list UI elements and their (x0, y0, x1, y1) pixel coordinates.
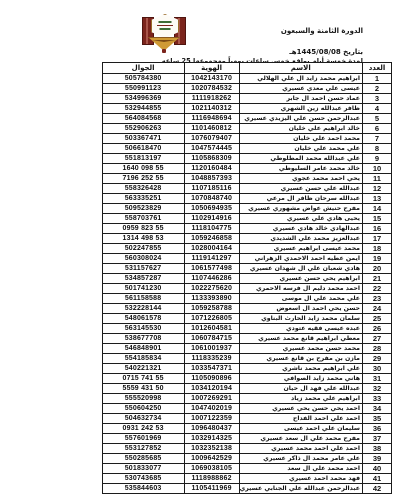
row-name: ايمن عطيه احمد الاحمدي الزهراني (239, 254, 362, 264)
row-id: 1107185116 (184, 184, 239, 194)
table-row: 5 عبدالرحمن حسن علي اليزيدي عسيري 111694… (102, 114, 391, 124)
row-id: 1047574445 (184, 144, 239, 154)
row-count: 31 (363, 374, 392, 384)
row-count: 29 (363, 354, 392, 364)
table-row: 40 احمد محمد علي ال سعد 1069038105 50183… (102, 464, 391, 474)
col-header-mobile: الجوال (102, 63, 184, 74)
row-id: 1069038105 (184, 464, 239, 474)
row-count: 3 (363, 94, 392, 104)
row-mobile: 535844603 (102, 484, 184, 494)
table-row: 26 عبده عيسى فقيه عتودي 1012604581 56314… (102, 324, 391, 334)
row-mobile: 561158588 (102, 294, 184, 304)
table-row: 23 علي محمد علي ال موسى 1133393890 56115… (102, 294, 391, 304)
row-name: يحيى هادي علي عسيري (239, 214, 362, 224)
row-id: 1105090896 (184, 374, 239, 384)
table-row: 37 مفرح محمد علي ال سعد عسيري 1032914325… (102, 434, 391, 444)
row-id: 1105411969 (184, 484, 239, 494)
row-count: 9 (363, 154, 392, 164)
row-name: حسن يحي احمد ال اسعوض (239, 304, 362, 314)
row-mobile: 564084568 (102, 114, 184, 124)
table-row: 24 حسن يحي احمد ال اسعوض 1059258788 5322… (102, 304, 391, 314)
row-name: علي ابراهيم محمد ناشري (239, 364, 362, 374)
row-count: 37 (363, 434, 392, 444)
row-count: 18 (363, 244, 392, 254)
row-name: علي عبدالله محمد المطلوطي (239, 154, 362, 164)
row-id: 1105868309 (184, 154, 239, 164)
table-row: 25 سلمان محمد زايد الحارث البناوي 107122… (102, 314, 391, 324)
row-count: 41 (363, 474, 392, 484)
row-mobile: 563335251 (102, 194, 184, 204)
row-count: 33 (363, 394, 392, 404)
row-id: 1007269291 (184, 394, 239, 404)
course-title: الدورة الثامنة والسبعون (281, 27, 363, 35)
table-row: 8 علي محمد علي خليان 1047574445 50661847… (102, 144, 391, 154)
row-name: عبدالهادي خالد هادي عسيري (239, 224, 362, 234)
row-count: 32 (363, 384, 392, 394)
row-mobile: 509523829 (102, 204, 184, 214)
row-count: 14 (363, 204, 392, 214)
row-mobile: 506618470 (102, 144, 184, 154)
table-row: 34 احمد يحي حسن يحي عسيري 1047402019 550… (102, 404, 391, 414)
row-count: 24 (363, 304, 392, 314)
table-row: 33 ابراهيم علي محمد زياد 1007269291 5555… (102, 394, 391, 404)
row-mobile: 548061578 (102, 314, 184, 324)
row-name: محمد احمد علي خليان (239, 134, 362, 144)
row-count: 13 (363, 194, 392, 204)
row-name: عيسى علي معدي عسيري (239, 84, 362, 94)
row-id: 1047402019 (184, 404, 239, 414)
row-id: 1028004164 (184, 244, 239, 254)
table-row: 18 محمد عيسى ابراهيم عسيري 1028004164 50… (102, 244, 391, 254)
row-mobile: 55 252 7196 (102, 174, 184, 184)
row-count: 28 (363, 344, 392, 354)
row-name: معطي ابراهيم قانع محمد عسيري (239, 334, 362, 344)
row-mobile: 55 741 0715 (102, 374, 184, 384)
row-count: 36 (363, 424, 392, 434)
table-row: 12 عبدالله علي حسن عسيري 1107185116 5583… (102, 184, 391, 194)
row-id: 1101460812 (184, 124, 239, 134)
row-count: 16 (363, 224, 392, 234)
date-line: بتاريخ 1445/08/08هـ (289, 48, 363, 56)
row-name: سلمان محمد زايد الحارث البناوي (239, 314, 362, 324)
row-mobile: 504632734 (102, 414, 184, 424)
table-row: 38 احمد علي احمد محمد عسيري 1032352138 5… (102, 444, 391, 454)
row-id: 1060784715 (184, 334, 239, 344)
row-mobile: 55 823 0959 (102, 224, 184, 234)
table-row: 32 عبدالله علي فهد ال حيان 1034120194 50… (102, 384, 391, 394)
table-row: 14 مفرح حنيش عواض مشهوري عسيري 105069493… (102, 204, 391, 214)
row-mobile: 530743685 (102, 474, 184, 484)
row-count: 34 (363, 404, 392, 414)
row-id: 1032352138 (184, 444, 239, 454)
row-id: 1009642529 (184, 454, 239, 464)
row-name: يحي احمد محمد عجوي (239, 174, 362, 184)
row-name: مفرح حنيش عواض مشهوري عسيري (239, 204, 362, 214)
row-mobile: 501741230 (102, 284, 184, 294)
row-count: 6 (363, 124, 392, 134)
table-row: 22 احمد محمد دليم ال فرسه الاحمري 102227… (102, 284, 391, 294)
table-row: 39 علي عامر محمد ال ذاكر عسيري 100964252… (102, 454, 391, 464)
row-count: 4 (363, 104, 392, 114)
row-mobile: 532944855 (102, 104, 184, 114)
row-mobile: 538677708 (102, 334, 184, 344)
row-name: هاني محمد زايد الصوافي (239, 374, 362, 384)
row-mobile: 534857287 (102, 274, 184, 284)
attendees-table: العدد الاسم الهوية الجوال 1 ابراهيم محمد… (102, 62, 392, 494)
row-name: علي محمد علي ال موسى (239, 294, 362, 304)
row-mobile: 505784380 (102, 74, 184, 84)
row-count: 38 (363, 444, 392, 454)
col-header-name: الاسم (239, 63, 362, 74)
row-name: محمد عيسى ابراهيم عسيري (239, 244, 362, 254)
table-row: 1 ابراهيم محمد زايد ال علي الهلالي 10421… (102, 74, 391, 84)
row-id: 1102914916 (184, 214, 239, 224)
row-name: علي محمد علي خليان (239, 144, 362, 154)
row-mobile: 50 431 5559 (102, 384, 184, 394)
row-mobile: 501833077 (102, 464, 184, 474)
row-id: 1061577498 (184, 264, 239, 274)
table-row: 29 مازن بن مفرح بن قانع عسيري 1118335239… (102, 354, 391, 364)
row-id: 1116948694 (184, 114, 239, 124)
row-count: 39 (363, 454, 392, 464)
row-mobile: 551813197 (102, 154, 184, 164)
row-count: 1 (363, 74, 392, 84)
row-count: 35 (363, 414, 392, 424)
row-id: 1020784532 (184, 84, 239, 94)
table-row: 7 محمد احمد علي خليان 1076079407 5033674… (102, 134, 391, 144)
table-row: 31 هاني محمد زايد الصوافي 1105090896 55 … (102, 374, 391, 384)
row-count: 19 (363, 254, 392, 264)
row-mobile: 534996369 (102, 94, 184, 104)
row-count: 2 (363, 84, 392, 94)
col-header-count: العدد (363, 63, 392, 74)
row-name: عبدالله علي حسن عسيري (239, 184, 362, 194)
row-id: 1096480437 (184, 424, 239, 434)
table-row: 21 ابراهيم يحي حسن عسيري 1107446286 5348… (102, 274, 391, 284)
row-mobile: 53 498 1314 (102, 234, 184, 244)
table-row: 42 عبدالرحمن عبدالله علي الجنابي عسيري 1… (102, 484, 391, 494)
row-id: 1033547371 (184, 364, 239, 374)
row-name: خالد محمد عامر السليوطي (239, 164, 362, 174)
row-mobile: 550285685 (102, 454, 184, 464)
table-row: 35 احمد علي احمد الفداح 1007122359 50463… (102, 414, 391, 424)
row-id: 1119141297 (184, 254, 239, 264)
row-id: 1107446286 (184, 274, 239, 284)
row-id: 1042143170 (184, 74, 239, 84)
row-id: 1012604581 (184, 324, 239, 334)
row-name: احمد علي احمد الفداح (239, 414, 362, 424)
row-mobile: 531157627 (102, 264, 184, 274)
row-id: 1071226805 (184, 314, 239, 324)
row-id: 1120160484 (184, 164, 239, 174)
row-count: 23 (363, 294, 392, 304)
row-id: 1059258788 (184, 304, 239, 314)
row-mobile: 558703761 (102, 214, 184, 224)
table-row: 9 علي عبدالله محمد المطلوطي 1105868309 5… (102, 154, 391, 164)
row-name: عبده عيسى فقيه عتودي (239, 324, 362, 334)
seal-tip (162, 49, 166, 53)
row-id: 1111918262 (184, 94, 239, 104)
row-mobile: 532228144 (102, 304, 184, 314)
row-id: 1032914325 (184, 434, 239, 444)
row-mobile: 554185834 (102, 354, 184, 364)
row-mobile: 55 098 1640 (102, 164, 184, 174)
table-row: 17 عبدالعزيز محمد علي الشديدي 1059246858… (102, 234, 391, 244)
row-name: عبدالله علي فهد ال حيان (239, 384, 362, 394)
row-count: 30 (363, 364, 392, 374)
row-mobile: 550604250 (102, 404, 184, 414)
row-count: 10 (363, 164, 392, 174)
row-id: 1118988862 (184, 474, 239, 484)
row-name: سليمان علي احمد عيسى (239, 424, 362, 434)
row-mobile: 502247855 (102, 244, 184, 254)
row-name: محمد حسن محمد عسيري (239, 344, 362, 354)
row-id: 1007122359 (184, 414, 239, 424)
row-id: 1034120194 (184, 384, 239, 394)
table-row: 4 ظافر عبدالله زين الشهري 1021140312 532… (102, 104, 391, 114)
table-row: 2 عيسى علي معدي عسيري 1020784532 5509911… (102, 84, 391, 94)
row-name: مفرح محمد علي ال سعد عسيري (239, 434, 362, 444)
row-mobile: 560308024 (102, 254, 184, 264)
table-row: 30 علي ابراهيم محمد ناشري 1033547371 540… (102, 364, 391, 374)
row-mobile: 557601969 (102, 434, 184, 444)
row-name: عبدالرحمن عبدالله علي الجنابي عسيري (239, 484, 362, 494)
row-count: 22 (363, 284, 392, 294)
row-id: 1048857393 (184, 174, 239, 184)
row-count: 11 (363, 174, 392, 184)
table-row: 27 معطي ابراهيم قانع محمد عسيري 10607847… (102, 334, 391, 344)
row-count: 26 (363, 324, 392, 334)
row-id: 1076079407 (184, 134, 239, 144)
row-mobile: 555520998 (102, 394, 184, 404)
table-row: 3 عماد حسن احمد ال جابر 1111918262 53499… (102, 94, 391, 104)
row-name: عماد حسن احمد ال جابر (239, 94, 362, 104)
row-name: عبدالعزيز محمد علي الشديدي (239, 234, 362, 244)
row-name: احمد علي احمد محمد عسيري (239, 444, 362, 454)
row-name: احمد محمد علي ال سعد (239, 464, 362, 474)
row-count: 25 (363, 314, 392, 324)
col-header-id: الهوية (184, 63, 239, 74)
table-row: 28 محمد حسن محمد عسيري 1061001937 546848… (102, 344, 391, 354)
row-name: ابراهيم علي محمد زياد (239, 394, 362, 404)
table-row: 10 خالد محمد عامر السليوطي 1120160484 55… (102, 164, 391, 174)
row-id: 1061001937 (184, 344, 239, 354)
row-mobile: 558326428 (102, 184, 184, 194)
table-row: 41 فهد محمد احمد عسيري 1118988862 530743… (102, 474, 391, 484)
table-row: 13 عبدالله سرحان ظافر ال مرعي 1070848740… (102, 194, 391, 204)
row-id: 1050694935 (184, 204, 239, 214)
row-name: هادي شعبان علي ال شهدان عسيري (239, 264, 362, 274)
row-id: 1070848740 (184, 194, 239, 204)
table-row: 36 سليمان علي احمد عيسى 1096480437 53 24… (102, 424, 391, 434)
row-mobile: 552906263 (102, 124, 184, 134)
row-count: 17 (363, 234, 392, 244)
row-name: علي عامر محمد ال ذاكر عسيري (239, 454, 362, 464)
table-row: 19 ايمن عطيه احمد الاحمدي الزهراني 11191… (102, 254, 391, 264)
table-row: 16 عبدالهادي خالد هادي عسيري 1118104775 … (102, 224, 391, 234)
row-name: ظافر عبدالله زين الشهري (239, 104, 362, 114)
institute-seal-icon (139, 14, 189, 54)
row-name: خالد ابراهيم علي خليان (239, 124, 362, 134)
row-count: 42 (363, 484, 392, 494)
row-count: 21 (363, 274, 392, 284)
row-count: 15 (363, 214, 392, 224)
row-mobile: 553127852 (102, 444, 184, 454)
row-count: 12 (363, 184, 392, 194)
row-count: 7 (363, 134, 392, 144)
row-mobile: 563145530 (102, 324, 184, 334)
row-mobile: 550991123 (102, 84, 184, 94)
row-mobile: 540221321 (102, 364, 184, 374)
document-page: الدورة الثامنة والسبعون بتاريخ 1445/08/0… (0, 0, 395, 500)
table-row: 15 يحيى هادي علي عسيري 1102914916 558703… (102, 214, 391, 224)
row-name: احمد يحي حسن يحي عسيري (239, 404, 362, 414)
row-count: 27 (363, 334, 392, 344)
row-name: عبدالله سرحان ظافر ال مرعي (239, 194, 362, 204)
row-count: 8 (363, 144, 392, 154)
row-count: 20 (363, 264, 392, 274)
row-id: 1133393890 (184, 294, 239, 304)
table-row: 20 هادي شعبان علي ال شهدان عسيري 1061577… (102, 264, 391, 274)
row-mobile: 503367471 (102, 134, 184, 144)
row-mobile: 53 242 0931 (102, 424, 184, 434)
row-name: فهد محمد احمد عسيري (239, 474, 362, 484)
row-name: مازن بن مفرح بن قانع عسيري (239, 354, 362, 364)
row-name: ابراهيم يحي حسن عسيري (239, 274, 362, 284)
row-id: 1118104775 (184, 224, 239, 234)
row-id: 1021140312 (184, 104, 239, 114)
table-header-row: العدد الاسم الهوية الجوال (102, 63, 391, 74)
row-mobile: 546848901 (102, 344, 184, 354)
table-row: 11 يحي احمد محمد عجوي 1048857393 55 252 … (102, 174, 391, 184)
row-name: احمد محمد دليم ال فرسه الاحمري (239, 284, 362, 294)
row-id: 1118335239 (184, 354, 239, 364)
row-name: ابراهيم محمد زايد ال علي الهلالي (239, 74, 362, 84)
row-count: 5 (363, 114, 392, 124)
table-row: 6 خالد ابراهيم علي خليان 1101460812 5529… (102, 124, 391, 134)
row-id: 1022275620 (184, 284, 239, 294)
row-id: 1059246858 (184, 234, 239, 244)
row-name: عبدالرحمن حسن علي اليزيدي عسيري (239, 114, 362, 124)
row-count: 40 (363, 464, 392, 474)
